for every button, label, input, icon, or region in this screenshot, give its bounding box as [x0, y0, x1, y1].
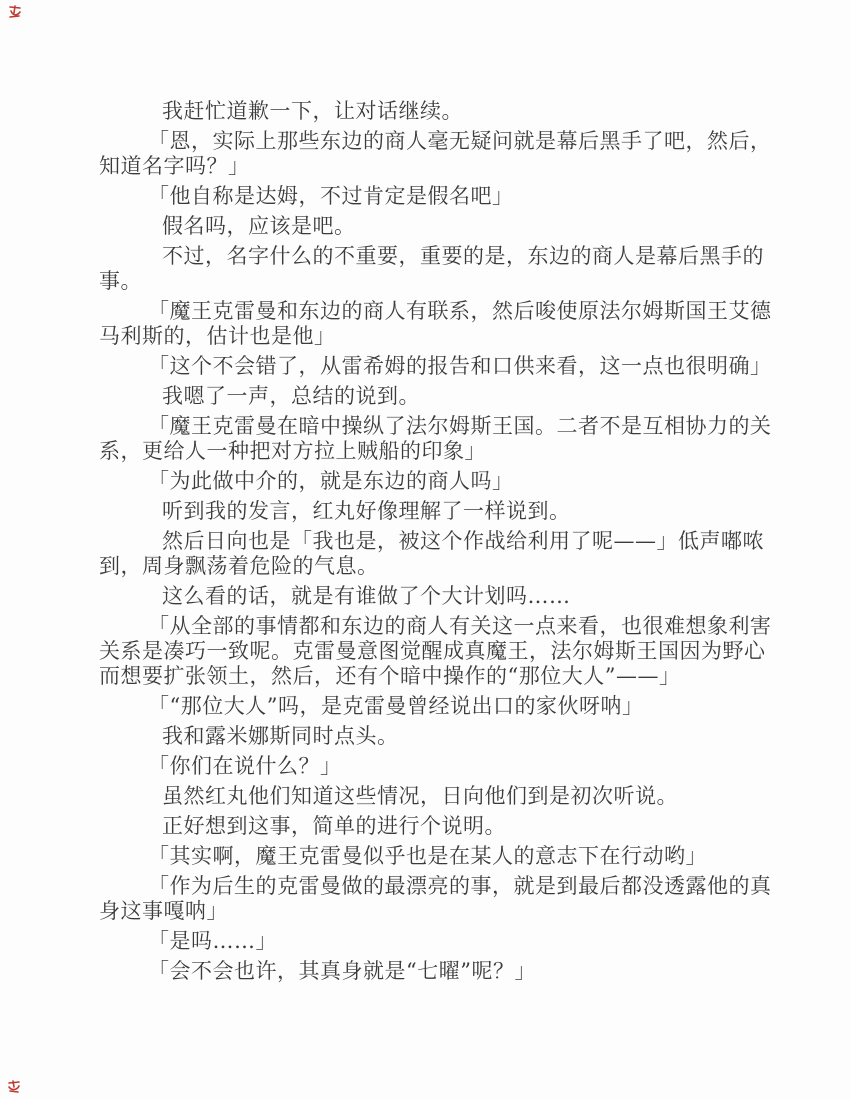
- narration-line: 事。: [99, 269, 771, 294]
- dialogue-line: 「为此做中介的，就是东边的商人吗」: [99, 469, 771, 494]
- text-content: 我赶忙道歉一下，让对话继续。「恩，实际上那些东边的商人毫无疑问就是幕后黑手了吧，…: [99, 99, 771, 989]
- dialogue-line: 身这事嘎呐」: [99, 899, 771, 924]
- dialogue-line: 「这个不会错了，从雷希姆的报告和口供来看，这一点也很明确」: [99, 354, 771, 379]
- paragraph: 「其实啊，魔王克雷曼似乎也是在某人的意志下在行动哟」: [99, 844, 771, 869]
- narration-line: 假名吗，应该是吧。: [99, 214, 771, 239]
- paragraph: 假名吗，应该是吧。: [99, 214, 771, 239]
- paragraph: 我嗯了一声，总结的说到。: [99, 384, 771, 409]
- narration-line: 我赶忙道歉一下，让对话继续。: [99, 99, 771, 124]
- novel-page: 我赶忙道歉一下，让对话继续。「恩，实际上那些东边的商人毫无疑问就是幕后黑手了吧，…: [0, 0, 850, 1100]
- paragraph: 「为此做中介的，就是东边的商人吗」: [99, 469, 771, 494]
- dialogue-line: 「“那位大人”吗，是克雷曼曾经说出口的家伙呀呐」: [99, 694, 771, 719]
- paragraph: 听到我的发言，红丸好像理解了一样说到。: [99, 499, 771, 524]
- dialogue-line: 「是吗……」: [99, 929, 771, 954]
- paragraph: 「你们在说什么？」: [99, 754, 771, 779]
- red-corner-mark-top: [7, 4, 23, 20]
- narration-line: 听到我的发言，红丸好像理解了一样说到。: [99, 499, 771, 524]
- paragraph: 「恩，实际上那些东边的商人毫无疑问就是幕后黑手了吧，然后，知道名字吗？」: [99, 129, 771, 179]
- narration-line: 我嗯了一声，总结的说到。: [99, 384, 771, 409]
- paragraph: 「这个不会错了，从雷希姆的报告和口供来看，这一点也很明确」: [99, 354, 771, 379]
- dialogue-line: 系，更给人一种把对方拉上贼船的印象」: [99, 439, 771, 464]
- dialogue-line: 马利斯的，估计也是他」: [99, 324, 771, 349]
- dialogue-line: 「作为后生的克雷曼做的最漂亮的事，就是到最后都没透露他的真: [99, 874, 771, 899]
- dialogue-line: 「魔王克雷曼在暗中操纵了法尔姆斯王国。二者不是互相协力的关: [99, 414, 771, 439]
- dialogue-line: 「魔王克雷曼和东边的商人有联系，然后唆使原法尔姆斯国王艾德: [99, 299, 771, 324]
- dialogue-line: 知道名字吗？」: [99, 154, 771, 179]
- dialogue-line: 而想要扩张领土，然后，还有个暗中操作的“那位大人”——」: [99, 664, 771, 689]
- dialogue-line: 关系是凑巧一致呢。克雷曼意图觉醒成真魔王，法尔姆斯王国因为野心: [99, 639, 771, 664]
- dialogue-line: 「他自称是达姆，不过肯定是假名吧」: [99, 184, 771, 209]
- paragraph: 「作为后生的克雷曼做的最漂亮的事，就是到最后都没透露他的真身这事嘎呐」: [99, 874, 771, 924]
- paragraph: 「是吗……」: [99, 929, 771, 954]
- paragraph: 「他自称是达姆，不过肯定是假名吧」: [99, 184, 771, 209]
- dialogue-line: 「恩，实际上那些东边的商人毫无疑问就是幕后黑手了吧，然后，: [99, 129, 771, 154]
- paragraph: 然后日向也是「我也是，被这个作战给利用了呢——」低声嘟哝到，周身飘荡着危险的气息…: [99, 529, 771, 579]
- paragraph: 我和露米娜斯同时点头。: [99, 724, 771, 749]
- dialogue-line: 「你们在说什么？」: [99, 754, 771, 779]
- dialogue-line: 「会不会也许，其真身就是“七曜”呢？」: [99, 959, 771, 984]
- narration-line: 我和露米娜斯同时点头。: [99, 724, 771, 749]
- dialogue-line: 「从全部的事情都和东边的商人有关这一点来看，也很难想象利害: [99, 614, 771, 639]
- narration-line: 然后日向也是「我也是，被这个作战给利用了呢——」低声嘟哝: [99, 529, 771, 554]
- paragraph: 我赶忙道歉一下，让对话继续。: [99, 99, 771, 124]
- paragraph: 「魔王克雷曼在暗中操纵了法尔姆斯王国。二者不是互相协力的关系，更给人一种把对方拉…: [99, 414, 771, 464]
- paragraph: 正好想到这事，简单的进行个说明。: [99, 814, 771, 839]
- narration-line: 正好想到这事，简单的进行个说明。: [99, 814, 771, 839]
- dialogue-line: 「其实啊，魔王克雷曼似乎也是在某人的意志下在行动哟」: [99, 844, 771, 869]
- paragraph: 不过，名字什么的不重要，重要的是，东边的商人是幕后黑手的事。: [99, 244, 771, 294]
- paragraph: 「魔王克雷曼和东边的商人有联系，然后唆使原法尔姆斯国王艾德马利斯的，估计也是他」: [99, 299, 771, 349]
- paragraph: 「会不会也许，其真身就是“七曜”呢？」: [99, 959, 771, 984]
- paragraph: 「“那位大人”吗，是克雷曼曾经说出口的家伙呀呐」: [99, 694, 771, 719]
- narration-line: 不过，名字什么的不重要，重要的是，东边的商人是幕后黑手的: [99, 244, 771, 269]
- paragraph: 「从全部的事情都和东边的商人有关这一点来看，也很难想象利害关系是凑巧一致呢。克雷…: [99, 614, 771, 689]
- paragraph: 虽然红丸他们知道这些情况，日向他们到是初次听说。: [99, 784, 771, 809]
- paragraph: 这么看的话，就是有谁做了个大计划吗……: [99, 584, 771, 609]
- narration-line: 虽然红丸他们知道这些情况，日向他们到是初次听说。: [99, 784, 771, 809]
- narration-line: 到，周身飘荡着危险的气息。: [99, 554, 771, 579]
- narration-line: 这么看的话，就是有谁做了个大计划吗……: [99, 584, 771, 609]
- red-corner-mark-bottom: [6, 1079, 22, 1095]
